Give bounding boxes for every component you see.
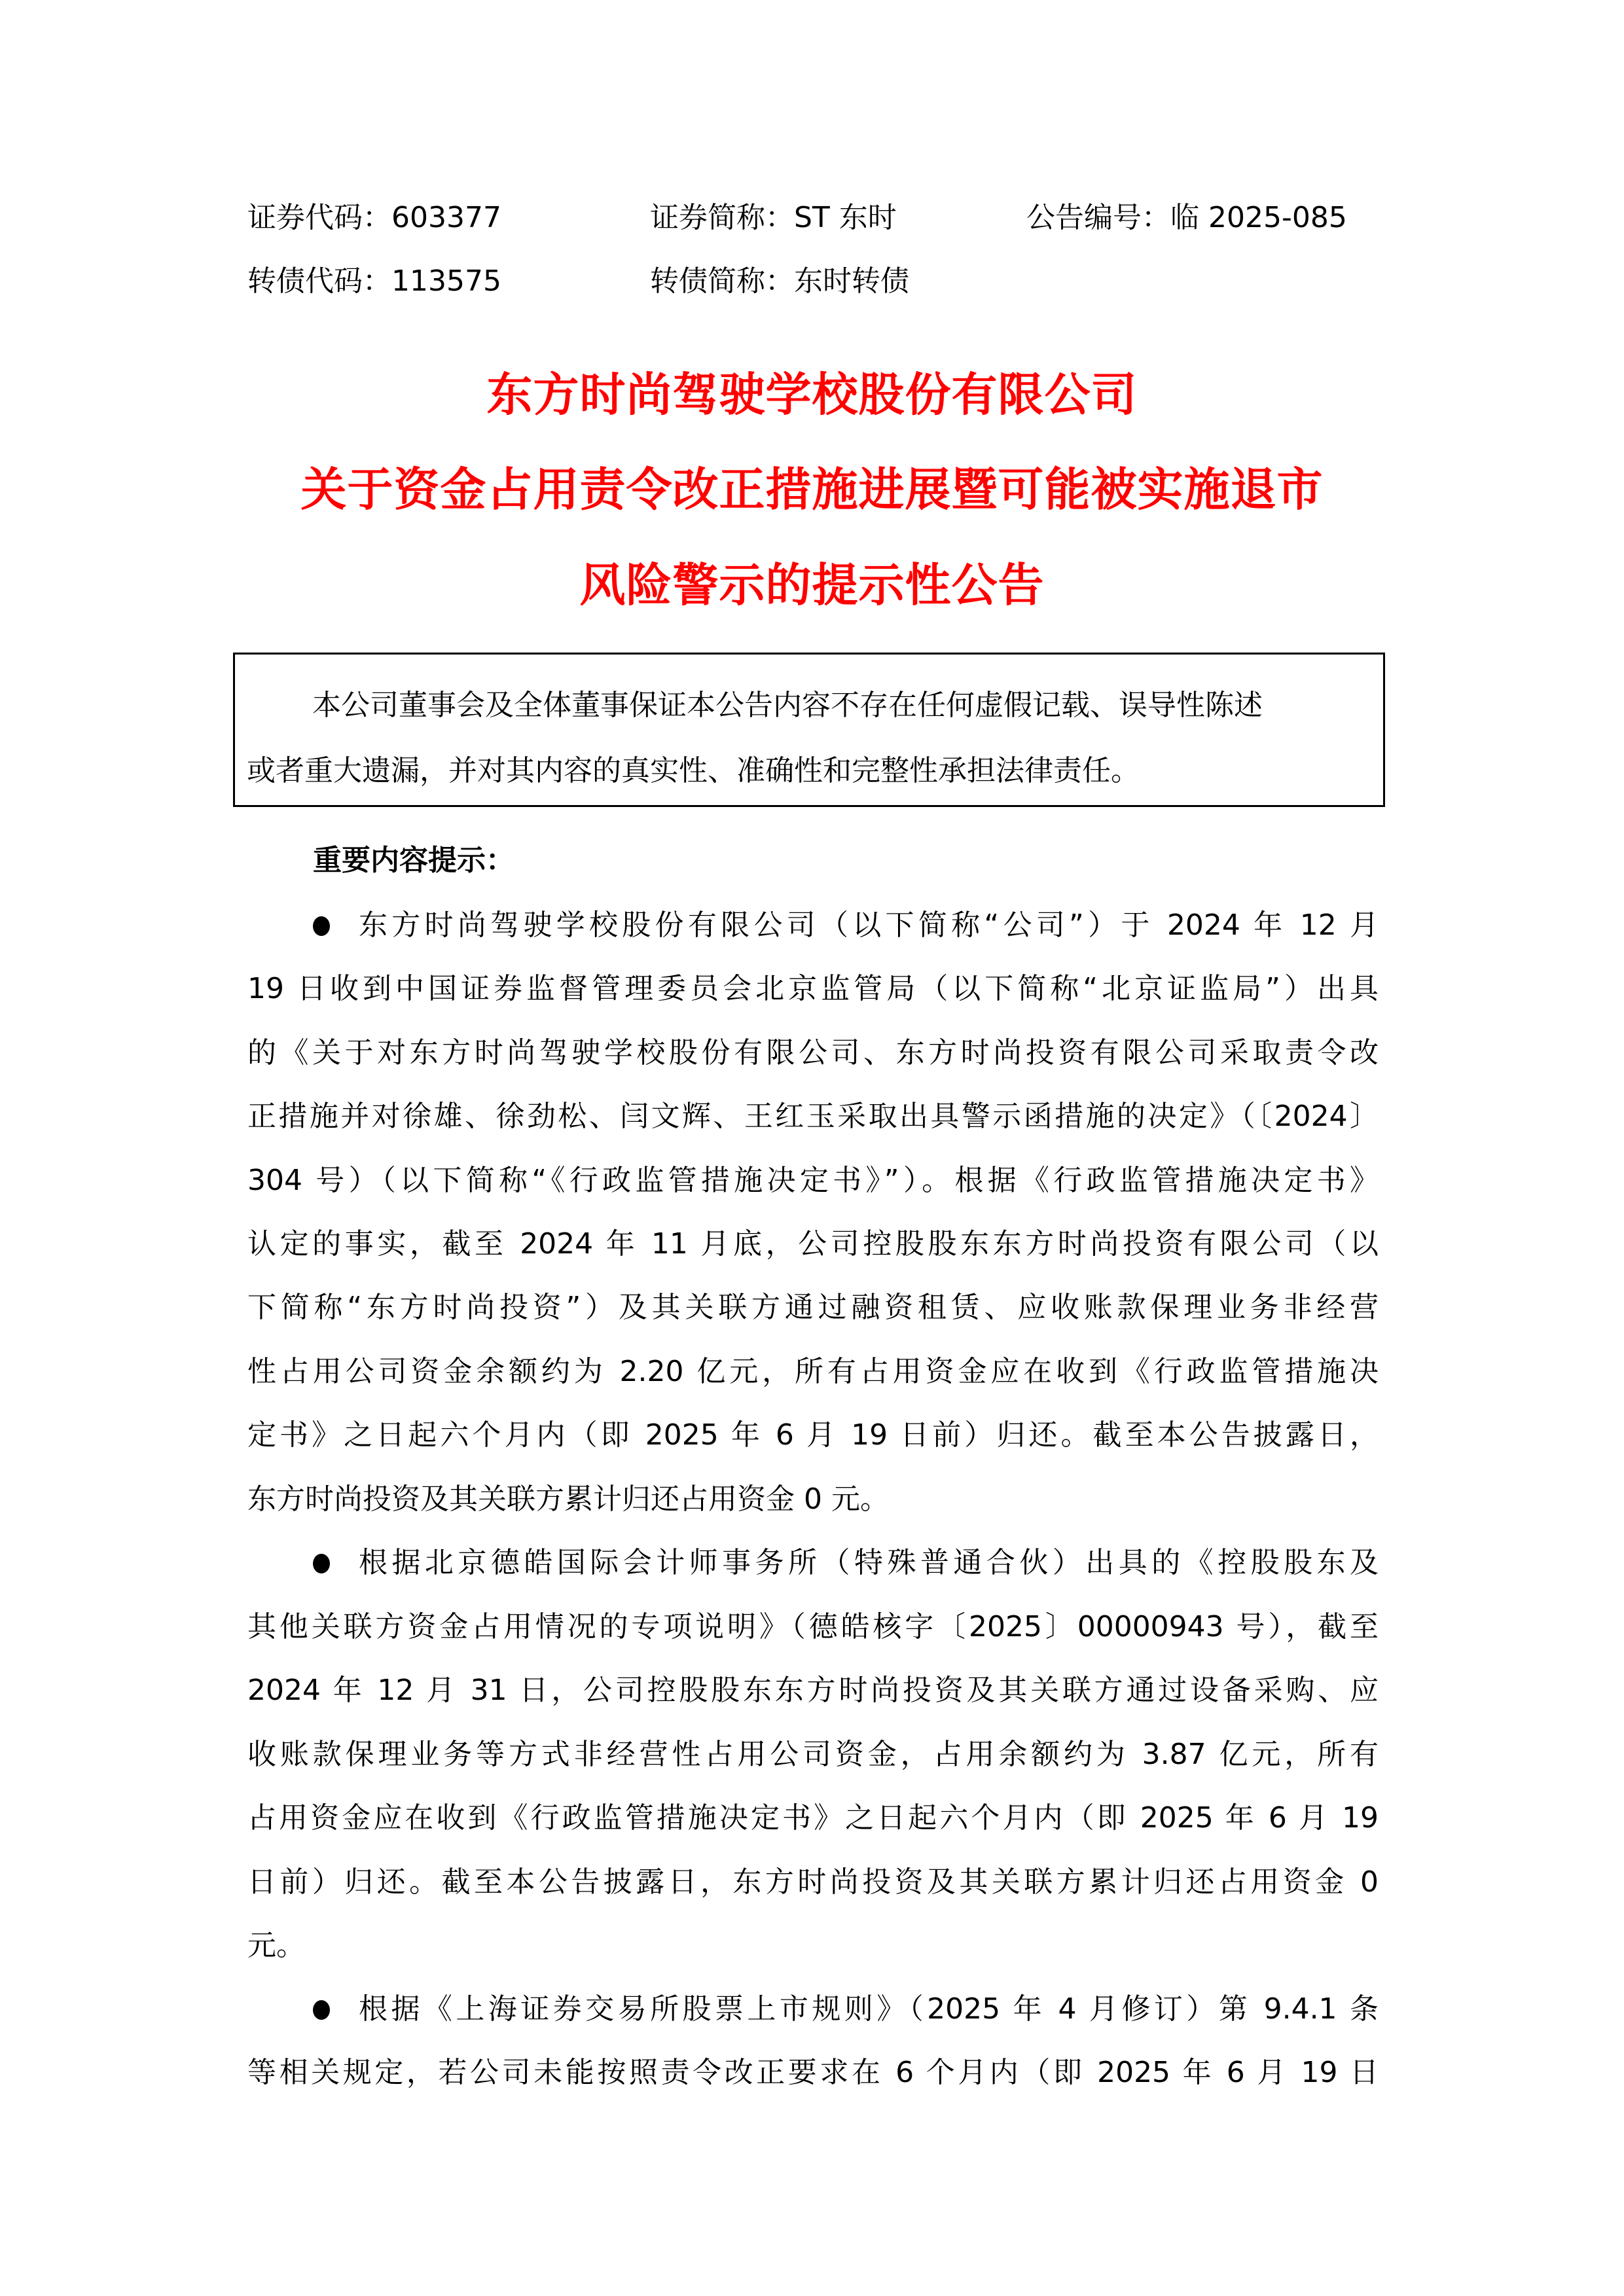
bullet-2-line: 占用资金应在收到《行政监管措施决定书》之日起六个月内（即 2025 年 6 月 … — [247, 1799, 1379, 1838]
bullet-2-line: 2024 年 12 月 31 日，公司控股股东东方时尚投资及其关联方通过设备采购… — [247, 1671, 1379, 1710]
bullet-1-line: 的《关于对东方时尚驾驶学校股份有限公司、东方时尚投资有限公司采取责令改 — [247, 1033, 1379, 1073]
bond-abbreviation: 转债简称：东时转债 — [650, 262, 909, 301]
title-subject-cont: 风险警示的提示性公告 — [0, 556, 1624, 615]
statement-line-2: 或者重大遗漏，并对其内容的真实性、准确性和完整性承担法律责任。 — [247, 751, 1140, 791]
bond-code: 转债代码：113575 — [247, 262, 501, 301]
bullet-icon — [313, 916, 330, 936]
title-company: 东方时尚驾驶学校股份有限公司 — [0, 365, 1624, 424]
bullet-1-line: 东方时尚驾驶学校股份有限公司（以下简称“公司”）于 2024 年 12 月 — [359, 906, 1379, 945]
bullet-icon — [313, 2000, 330, 2020]
bullet-1-line: 性占用公司资金余额约为 2.20 亿元，所有占用资金应在收到《行政监管措施决 — [247, 1352, 1379, 1391]
bullet-2-line: 根据北京德皓国际会计师事务所（特殊普通合伙）出具的《控股股东及 — [359, 1543, 1379, 1583]
bullet-1-line: 19 日收到中国证券监督管理委员会北京监管局（以下简称“北京证监局”）出具 — [247, 969, 1379, 1009]
title-subject: 关于资金占用责令改正措施进展暨可能被实施退市 — [0, 460, 1624, 519]
bullet-2-line: 其他关联方资金占用情况的专项说明》（德皓核字〔2025〕00000943 号），… — [247, 1607, 1379, 1647]
bullet-2-line: 元。 — [247, 1926, 1379, 1965]
announcement-page: 证券代码：603377 证券简称：ST 东时 公告编号：临 2025-085 转… — [0, 0, 1624, 2296]
bullet-2-line: 收账款保理业务等方式非经营性占用公司资金，占用余额约为 3.87 亿元，所有 — [247, 1735, 1379, 1774]
bullet-icon — [313, 1554, 330, 1573]
bullet-3-line: 根据《上海证券交易所股票上市规则》（2025 年 4 月修订）第 9.4.1 条 — [359, 1990, 1379, 2029]
bullet-3-line: 等相关规定，若公司未能按照责令改正要求在 6 个月内（即 2025 年 6 月 … — [247, 2053, 1379, 2092]
bullet-2-line: 日前）归还。截至本公告披露日，东方时尚投资及其关联方累计归还占用资金 0 — [247, 1863, 1379, 1902]
bullet-1-line: 东方时尚投资及其关联方累计归还占用资金 0 元。 — [247, 1480, 1379, 1519]
board-statement-box: 本公司董事会及全体董事保证本公告内容不存在任何虚假记载、误导性陈述 或者重大遗漏… — [233, 653, 1385, 807]
bullet-1-line: 正措施并对徐雄、徐劲松、闫文辉、王红玉采取出具警示函措施的决定》（〔2024〕 — [247, 1097, 1379, 1136]
bullet-1-line: 定书》之日起六个月内（即 2025 年 6 月 19 日前）归还。截至本公告披露… — [247, 1416, 1379, 1455]
stock-abbreviation: 证券简称：ST 东时 — [650, 198, 897, 238]
stock-code: 证券代码：603377 — [247, 198, 501, 238]
bullet-1-line: 下简称“东方时尚投资”）及其关联方通过融资租赁、应收账款保理业务非经营 — [247, 1288, 1379, 1327]
bullet-1-line: 认定的事实，截至 2024 年 11 月底，公司控股股东东方时尚投资有限公司（以 — [247, 1225, 1379, 1264]
announcement-number: 公告编号：临 2025-085 — [1026, 198, 1347, 238]
important-heading: 重要内容提示： — [313, 841, 514, 880]
bullet-1-line: 304 号）（以下简称“《行政监管措施决定书》”）。根据《行政监管措施决定书》 — [247, 1161, 1379, 1200]
statement-line-1: 本公司董事会及全体董事保证本公告内容不存在任何虚假记载、误导性陈述 — [312, 686, 1263, 725]
